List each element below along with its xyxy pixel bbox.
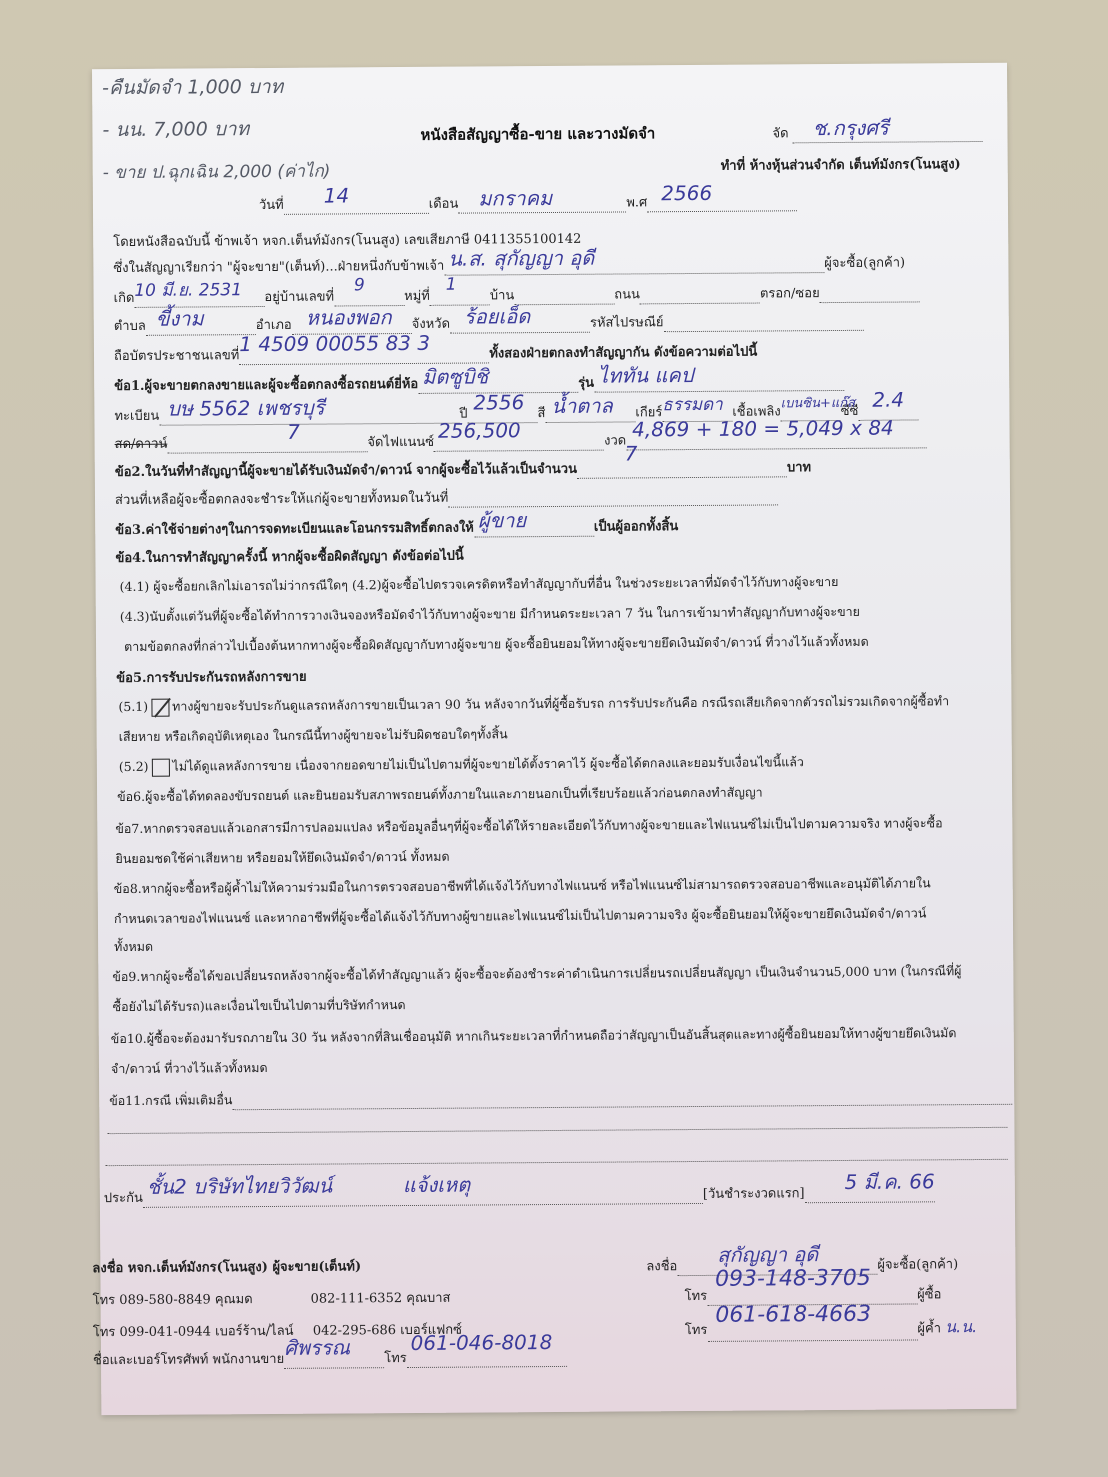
down-line: 7 bbox=[167, 437, 367, 453]
date-row: วันที่14เดือนมกราคมพ.ศ2566 bbox=[259, 190, 797, 215]
color-line: น้ำตาล bbox=[545, 407, 635, 423]
clause-6: ข้อ6.ผู้จะซื้อได้ทดลองขับรถยนต์ และยินยอ… bbox=[117, 783, 763, 808]
guarantor-note: น.น. bbox=[945, 1317, 977, 1336]
clause-7a: ข้อ7.หากตรวจสอบแล้วเอกสารมีการปลอมแปลง ห… bbox=[115, 813, 942, 839]
clause-5-2: (5.2)ไม่ได้ดูแลหลังการขาย เนื่องจากยอดขา… bbox=[119, 752, 804, 777]
address-row-2: ตำบลขี้งามอำเภอหนองพอกจังหวัดร้อยเอ็ดรหั… bbox=[114, 310, 864, 336]
year-value: 2566 bbox=[661, 181, 712, 205]
clause-9b: ซื้อยังไม่ได้รับรถ)และเงื่อนไขเป็นไปตามท… bbox=[112, 995, 405, 1017]
reg-line: บษ 5562 เพชรบุรี bbox=[159, 409, 459, 426]
clause-5-1: (5.1)ทางผู้ขายจะรับประกันดูแลรถหลังการขา… bbox=[118, 691, 949, 717]
day-value: 14 bbox=[324, 183, 350, 207]
day-label: วันที่ bbox=[259, 198, 284, 213]
reg-label: ทะเบียน bbox=[114, 409, 159, 424]
province-line: ร้อยเอ็ด bbox=[450, 318, 590, 334]
guarantor-suffix: ผู้ค้ำ bbox=[917, 1321, 941, 1336]
clause-11-line bbox=[232, 1090, 1012, 1110]
model-label: รุ่น bbox=[578, 376, 594, 391]
salesperson-phone: 061-046-8018 bbox=[411, 1330, 553, 1355]
brand-value: มิตซูบิชิ bbox=[422, 360, 488, 392]
clause-4: ข้อ4.ในการทำสัญญาครั้งนี้ หากผู้จะซื้อผิ… bbox=[115, 545, 463, 568]
place-text: ทำที่ ห้างหุ้นส่วนจำกัด เต็นท์มังกร(โนนส… bbox=[721, 153, 961, 176]
insurance-row: ประกันชั้น2 บริษัทไทยวิวัฒน์แจ้งเหตุ[วัน… bbox=[104, 1181, 935, 1208]
clause-11: ข้อ11.กรณี เพิ่มเติมอื่น bbox=[109, 1085, 1012, 1111]
postcode-label: รหัสไปรษณีย์ bbox=[590, 315, 664, 331]
branch-line: ช.กรุงศรี bbox=[793, 127, 983, 143]
clause-3-value: ผู้ขาย bbox=[478, 504, 527, 536]
clause-8b: กำหนดเวลาของไฟแนนซ์ และหากอาชีพที่ผู้จะซ… bbox=[114, 903, 927, 929]
document-title: หนังสือสัญญาซื้อ-ขาย และวางมัดจำ bbox=[420, 121, 655, 147]
buyer-suffix: ผู้จะซื้อ(ลูกค้า) bbox=[824, 256, 905, 272]
contract-paper: -คืนมัดจำ 1,000 บาท - นน. 7,000 บาท - ขา… bbox=[92, 63, 1016, 1415]
buyer-phone-suffix: ผู้ซื้อ bbox=[917, 1287, 941, 1302]
fuel-value: เบนซิน+แก๊ส bbox=[781, 392, 856, 414]
subdistrict-value: ขี้งาม bbox=[156, 302, 204, 334]
insurance-value: ชั้น2 บริษัทไทยวิวัฒน์ bbox=[147, 1170, 333, 1203]
clause-3: ข้อ3.ค่าใช้จ่ายต่างๆในการจดทะเบียนและโอน… bbox=[115, 515, 678, 540]
salesperson-name: ศิพรรณ bbox=[284, 1331, 350, 1363]
finance-label: จัดไฟแนนซ์ bbox=[367, 435, 434, 450]
clause-5-1b: เสียหาย หรือเกิดอุบัติเหตุเอง ในกรณีนี้ท… bbox=[119, 724, 508, 747]
salesperson-row: ชื่อและเบอร์โทรศัพท์ พนักงานขายศิพรรณโทร… bbox=[93, 1346, 567, 1370]
clause-4-3a: (4.3)นับตั้งแต่วันที่ผู้จะซื้อได้ทำการวา… bbox=[120, 602, 860, 627]
first-payment-label: [วันชำระงวดแรก] bbox=[703, 1186, 805, 1202]
clause-2b: ส่วนที่เหลือผู้จะซื้อตกลงจะชำระให้แก่ผู้… bbox=[115, 484, 778, 510]
finance-value: 256,500 bbox=[438, 418, 521, 443]
year-label: พ.ศ bbox=[626, 195, 647, 210]
note-3: - ขาย ป.ฉุกเฉิน 2,000 (ค่าไก) bbox=[103, 158, 331, 187]
salesperson-phone-line: 061-046-8018 bbox=[407, 1352, 567, 1368]
clause-5-1-checkbox[interactable] bbox=[151, 698, 169, 716]
installment-value: 4,869 + 180 = 5,049 x 84 bbox=[632, 416, 894, 442]
insurance-label: ประกัน bbox=[104, 1191, 143, 1206]
seller-phone-3: โทร 099-041-0944 เบอร์ร้าน/ไลน์ bbox=[93, 1320, 294, 1342]
branch-field: จัด ช.กรุงศรี bbox=[772, 121, 982, 143]
born-label: เกิด bbox=[114, 291, 135, 306]
seller-signature: ลงชื่อ หจก.เต็นท์มังกร(โนนสูง) ผู้จะขาย(… bbox=[92, 1255, 361, 1278]
vehicle-year-value: 2556 bbox=[473, 390, 524, 414]
subdistrict-label: ตำบล bbox=[114, 319, 146, 334]
salesperson-label: ชื่อและเบอร์โทรศัพท์ พนักงานขาย bbox=[93, 1352, 284, 1368]
clause-7b: ยินยอมชดใช้ค่าเสียหาย หรือยอมให้ยึดเงินม… bbox=[115, 847, 449, 869]
color-label: สี bbox=[537, 406, 545, 421]
cc-value: 2.4 bbox=[872, 388, 904, 412]
district-label: อำเภอ bbox=[256, 318, 292, 333]
buyer-name: น.ส. สุกัญญา อุดี bbox=[448, 242, 594, 275]
branch-value: ช.กรุงศรี bbox=[813, 112, 889, 145]
buyer-phone: 093-148-3705 bbox=[715, 1266, 871, 1292]
gear-value: ธรรมดา bbox=[662, 391, 723, 418]
vehicle-row-3: สด/ดาวน์7จัดไฟแนนซ์256,500งวด4,869 + 180… bbox=[115, 427, 927, 454]
first-payment-value: 5 มี.ค. 66 bbox=[844, 1165, 934, 1198]
down-label: สด/ดาวน์ bbox=[115, 437, 168, 452]
year-line: 2566 bbox=[647, 196, 797, 212]
alley-line bbox=[820, 287, 920, 303]
district-value: หนองพอก bbox=[306, 301, 392, 334]
seller-phone-1: โทร 089-580-8849 คุณมด bbox=[93, 1288, 253, 1310]
clause-3-text: ข้อ3.ค่าใช้จ่ายต่างๆในการจดทะเบียนและโอน… bbox=[115, 521, 474, 539]
buyer-phone-label: โทร bbox=[685, 1289, 708, 1304]
clause-10a: ข้อ10.ผู้ซื้อจะต้องมารับรถภายใน 30 วัน ห… bbox=[111, 1023, 957, 1049]
seller-label: ซึ่งในสัญญาเรียกว่า "ผู้จะขาย"(เต็นท์)..… bbox=[113, 259, 444, 276]
buyer-sign-suffix: ผู้จะซื้อ(ลูกค้า) bbox=[877, 1257, 958, 1273]
clause-4-3b: ตามข้อตกลงที่กล่าวไปเบื้องต้นหากทางผู้จะ… bbox=[124, 632, 869, 657]
clause-2-text: ข้อ2.ในวันที่ทำสัญญานี้ผู้จะขายได้รับเงิ… bbox=[115, 462, 577, 480]
id-label: ถือบัตรประชาชนเลขที่ bbox=[114, 348, 239, 364]
clause-2: ข้อ2.ในวันที่ทำสัญญานี้ผู้จะขายได้รับเงิ… bbox=[115, 456, 811, 482]
guarantor-phone-line: 061-618-4663 bbox=[707, 1325, 917, 1341]
clause-5-1-text: ทางผู้ขายจะรับประกันดูแลรถหลังการขายเป็น… bbox=[172, 693, 949, 713]
postcode-line bbox=[663, 316, 863, 332]
reg-value: บษ 5562 เพชรบุรี bbox=[167, 392, 324, 425]
clause-2b-text: ส่วนที่เหลือผู้จะซื้อตกลงจะชำระให้แก่ผู้… bbox=[115, 491, 448, 508]
salesperson-phone-label: โทร bbox=[384, 1351, 407, 1366]
clause-5-2-checkbox[interactable] bbox=[151, 758, 169, 776]
seller-phone-2: 082-111-6352 คุณบาส bbox=[311, 1287, 451, 1309]
id-value: 1 4509 00055 83 3 bbox=[239, 331, 430, 356]
clause-5-2-label: (5.2) bbox=[119, 759, 149, 774]
guarantor-phone: 061-618-4663 bbox=[715, 1302, 871, 1328]
clause-11-text: ข้อ11.กรณี เพิ่มเติมอื่น bbox=[109, 1092, 232, 1108]
guarantor-phone-row: โทร061-618-4663ผู้ค้ำ น.น. bbox=[685, 1315, 978, 1342]
alley-label: ตรอก/ซอย bbox=[760, 286, 820, 301]
month-value: มกราคม bbox=[478, 182, 552, 215]
installment-line: 4,869 + 180 = 5,049 x 84 bbox=[626, 433, 926, 450]
clause-3-line: ผู้ขาย bbox=[474, 522, 594, 538]
insurance-line: ชั้น2 บริษัทไทยวิวัฒน์แจ้งเหตุ bbox=[143, 1189, 703, 1208]
month-line: มกราคม bbox=[458, 197, 626, 213]
insurance-extra: แจ้งเหตุ bbox=[403, 1169, 471, 1201]
province-label: จังหวัด bbox=[412, 317, 450, 332]
road-line bbox=[640, 289, 760, 305]
buyer-name-line: น.ส. สุกัญญา อุดี bbox=[444, 258, 824, 276]
clause-10b: จำ/ดาวน์ ที่วางไว้แล้วทั้งหมด bbox=[111, 1058, 268, 1079]
clause-5-2-text: ไม่ได้ดูแลหลังการขาย เนื่องจากยอดขายไม่เ… bbox=[172, 754, 803, 773]
moo-label: หมู่ที่ bbox=[404, 289, 430, 304]
installment-label: งวด bbox=[604, 433, 626, 448]
province-value: ร้อยเอ็ด bbox=[464, 300, 531, 332]
finance-line: 256,500 bbox=[434, 436, 604, 452]
clause-8c: ทั้งหมด bbox=[114, 937, 153, 957]
branch-label: จัด bbox=[772, 126, 788, 141]
born-value: 10 มี.ย. 2531 bbox=[134, 276, 242, 304]
clause-4-1: (4.1) ผู้จะซื้อยกเลิกไม่เอารถไม่ว่ากรณีใ… bbox=[120, 572, 839, 597]
clause-2-unit: บาท bbox=[787, 460, 811, 475]
extra-line-1 bbox=[107, 1127, 1007, 1134]
month-label: เดือน bbox=[429, 197, 459, 212]
guarantor-phone-label: โทร bbox=[685, 1323, 708, 1338]
note-1: -คืนมัดจำ 1,000 บาท bbox=[102, 72, 283, 103]
moo-value: 1 bbox=[446, 275, 457, 295]
clause-8a: ข้อ8.หากผู้จะซื้อหรือผู้ค้ำไม่ให้ความร่ว… bbox=[114, 873, 931, 899]
note-2: - นน. 7,000 บาท bbox=[102, 114, 249, 145]
salesperson-line: ศิพรรณ bbox=[284, 1353, 384, 1369]
down-value: 7 bbox=[287, 420, 300, 444]
color-value: น้ำตาล bbox=[551, 390, 613, 422]
road-label: ถนน bbox=[614, 287, 640, 302]
clause-5: ข้อ5.การรับประกันรถหลังการขาย bbox=[116, 666, 306, 688]
first-payment-line: 5 มี.ค. 66 bbox=[805, 1187, 935, 1203]
seller-row: ซึ่งในสัญญาเรียกว่า "ผู้จะขาย"(เต็นท์)..… bbox=[113, 252, 905, 279]
day-line: 14 bbox=[284, 199, 429, 215]
clause-2-line bbox=[577, 462, 787, 478]
clause-9a: ข้อ9.หากผู้จะซื้อได้ขอเปลี่ยนรถหลังจากผู… bbox=[112, 961, 961, 987]
house-value: 9 bbox=[354, 275, 365, 295]
model-value: ไททัน แคป bbox=[598, 359, 694, 392]
clause-5-1-label: (5.1) bbox=[118, 699, 148, 714]
buyer-sign-label: ลงชื่อ bbox=[646, 1259, 677, 1274]
clause-3-suffix: เป็นผู้ออกทั้งสิ้น bbox=[594, 519, 679, 535]
